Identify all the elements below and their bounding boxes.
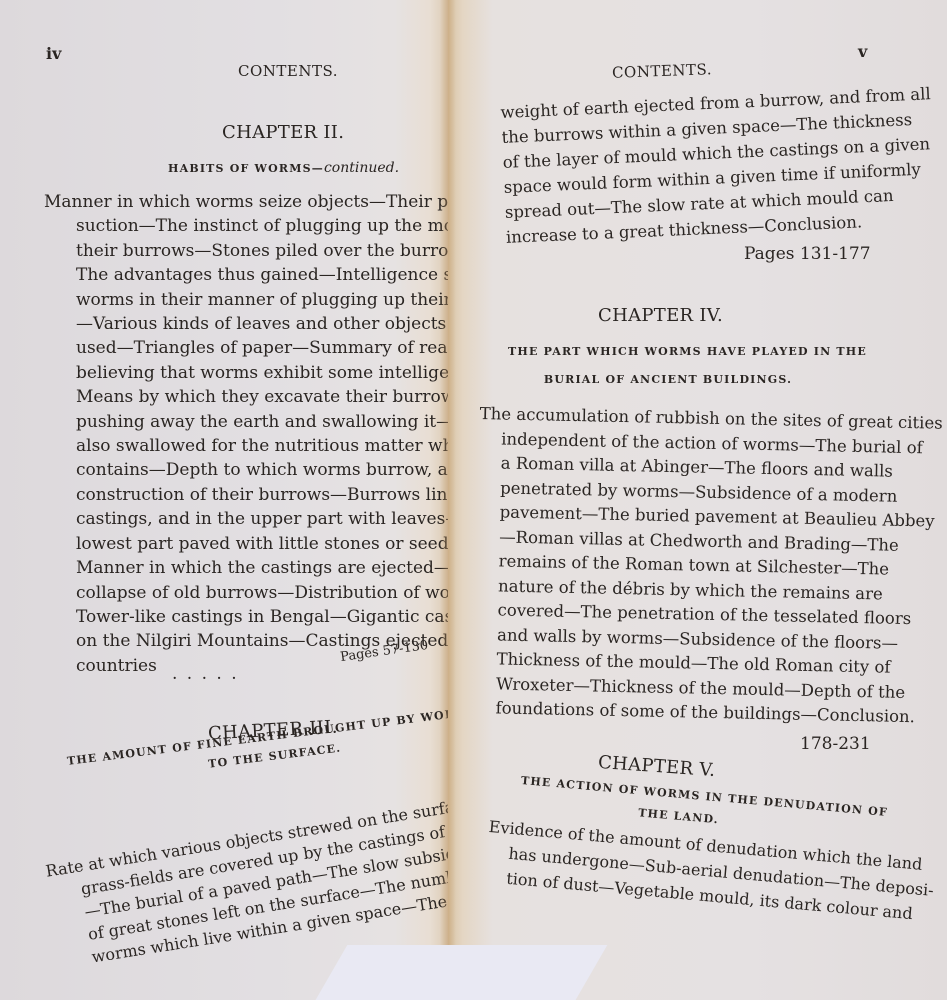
chapter-iii-continued-summary: weight of earth ejected from a burrow, a… [500, 81, 937, 250]
chapter-iv-summary: The accumulation of rubbish on the sites… [473, 402, 943, 730]
chapter-v-title: CHAPTER V. [597, 752, 716, 781]
summary-line: construction of their burrows—Burrows li… [44, 483, 448, 507]
chapter-iv-pages: 178-231 [800, 734, 871, 754]
right-page: v CONTENTS. weight of earth ejected from… [448, 0, 947, 1000]
open-book-spread: iv CONTENTS. CHAPTER II. HABITS OF WORMS… [0, 0, 947, 1000]
page-number-iv: iv [46, 44, 61, 63]
chapter-v-summary: Evidence of the amount of denudation whi… [483, 814, 936, 928]
chapter-iv-title: CHAPTER IV. [598, 305, 723, 326]
background-between-pages [313, 945, 608, 1000]
summary-line: Manner in which worms seize objects—Thei… [44, 190, 448, 214]
summary-line: also swallowed for the nutritious matter… [44, 434, 448, 458]
chapter-iv-subtitle-line1: THE PART WHICH WORMS HAVE PLAYED IN THE [508, 338, 828, 366]
left-page: iv CONTENTS. CHAPTER II. HABITS OF WORMS… [0, 0, 448, 1000]
book-gutter [440, 0, 456, 1000]
chapter-ii-title: CHAPTER II. [222, 122, 344, 143]
summary-line: Tower-like castings in Bengal—Gigantic c… [44, 605, 448, 629]
summary-line: collapse of old burrows—Distribution of … [44, 581, 448, 605]
running-head-contents: CONTENTS. [238, 62, 338, 80]
summary-line: castings, and in the upper part with lea… [44, 507, 448, 531]
summary-line: suction—The instinct of plugging up the … [44, 214, 448, 238]
summary-line: their burrows—Stones piled over the burr… [44, 239, 448, 263]
summary-line: contains—Depth to which worms burrow, an… [44, 458, 448, 482]
chapter-ii-subtitle: HABITS OF WORMS—continued. [168, 156, 399, 181]
chapter-ii-subtitle-caps: HABITS OF WORMS— [168, 162, 324, 175]
summary-line: worms in their manner of plugging up the… [44, 288, 448, 312]
chapter-iv-subtitle-line2: BURIAL OF ANCIENT BUILDINGS. [508, 366, 828, 394]
chapter-iv-subtitle: THE PART WHICH WORMS HAVE PLAYED IN THE … [508, 338, 828, 394]
summary-line: Manner in which the castings are ejected… [44, 556, 448, 580]
summary-line: —Various kinds of leaves and other objec… [44, 312, 448, 336]
summary-line: lowest part paved with little stones or … [44, 532, 448, 556]
running-head-contents: CONTENTS. [612, 60, 713, 81]
summary-line: used—Triangles of paper—Summary of reaso… [44, 336, 448, 360]
chapter-ii-leader-dots: . . . . . [172, 664, 239, 684]
summary-line: Means by which they excavate their burro… [44, 385, 448, 409]
summary-line: The advantages thus gained—Intelligence … [44, 263, 448, 287]
summary-line: believing that worms exhibit some intell… [44, 361, 448, 385]
chapter-ii-subtitle-italic: continued. [324, 160, 399, 176]
page-number-v: v [858, 42, 867, 61]
chapter-iii-pages: Pages 131-177 [744, 244, 871, 264]
chapter-iii-subtitle: THE AMOUNT OF FINE EARTH BROUGHT UP BY W… [66, 702, 448, 792]
summary-line: pushing away the earth and swallowing it… [44, 410, 448, 434]
chapter-ii-summary: Manner in which worms seize objects—Thei… [44, 190, 448, 678]
